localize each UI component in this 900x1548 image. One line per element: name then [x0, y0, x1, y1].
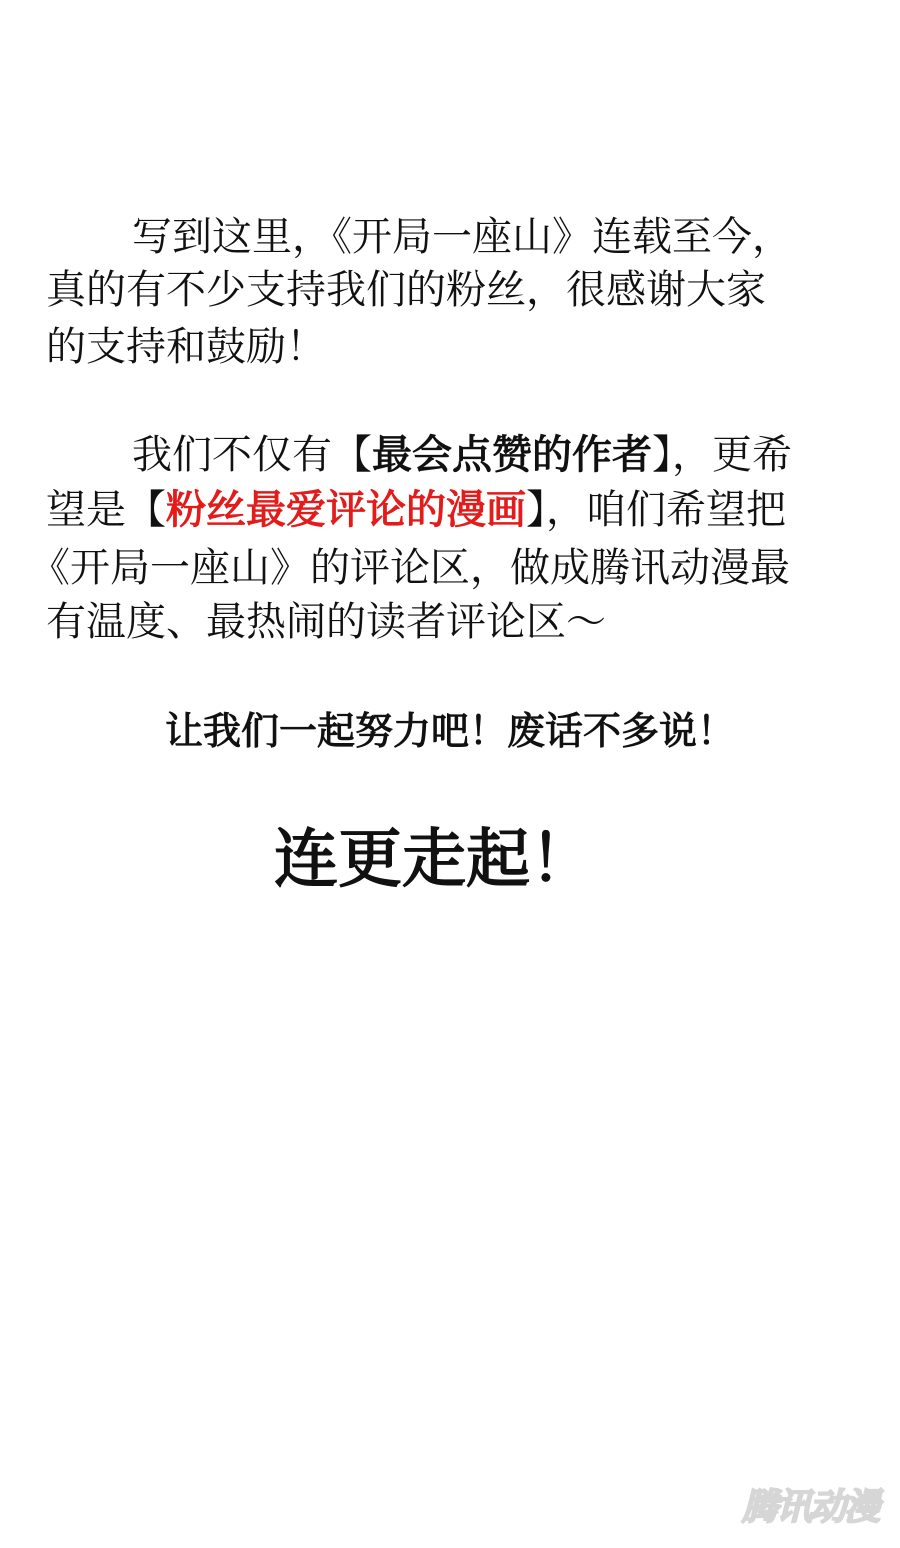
text-line: 有温度、最热闹的读者评论区～: [46, 597, 606, 647]
text-line: 我们不仅有【最会点赞的作者】，更希: [132, 430, 792, 480]
text-line: 《开局一座山》的评论区，做成腾讯动漫最: [30, 543, 790, 593]
highlight-comic-red: 粉丝最爱评论的漫画: [166, 487, 526, 533]
text-line: 写到这里，《开局一座山》连载至今，: [132, 212, 792, 262]
headline: 连更走起！: [0, 820, 884, 900]
text-line: 真的有不少支持我们的粉丝，很感谢大家: [46, 265, 766, 315]
text-line: 望是【粉丝最爱评论的漫画】，咱们希望把: [46, 485, 786, 535]
text-segment: 我们不仅有【: [132, 432, 372, 478]
text-segment: 】，更希: [652, 432, 792, 478]
highlight-author: 最会点赞的作者: [372, 432, 652, 478]
text-line: 的支持和鼓励！: [46, 322, 326, 372]
tencent-comic-watermark-logo: 腾讯动漫: [742, 1479, 878, 1530]
rally-line: 让我们一起努力吧！废话不多说！: [0, 706, 900, 756]
text-segment: 望是【: [46, 487, 166, 533]
text-segment: 】，咱们希望把: [526, 487, 786, 533]
